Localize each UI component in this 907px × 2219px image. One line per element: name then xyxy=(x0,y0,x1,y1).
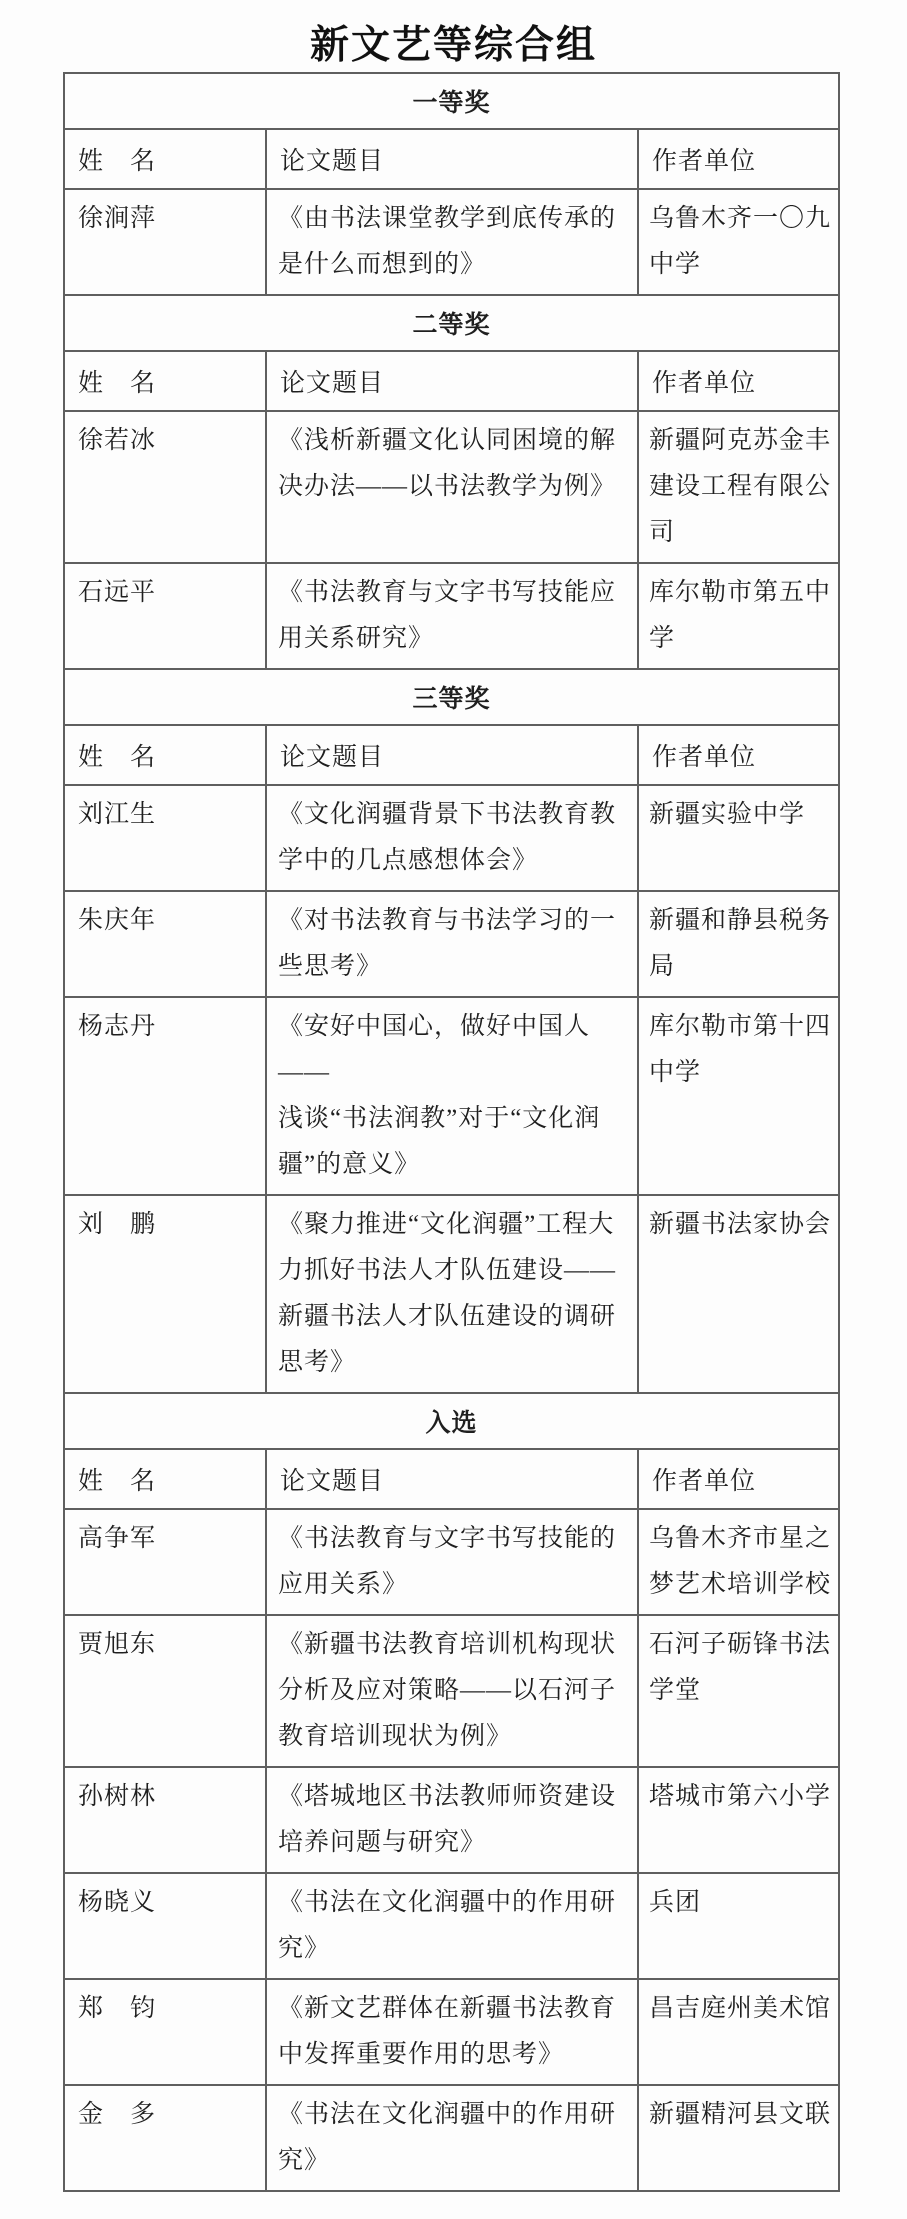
header-cell-unit: 作者单位 xyxy=(638,725,839,785)
section-row-second-prize: 二等奖 xyxy=(64,295,839,351)
table-row: 杨晓义 《书法在文化润疆中的作用研 究》 兵团 xyxy=(64,1873,839,1979)
title-cell: 《书法教育与文字书写技能的 应用关系》 xyxy=(266,1509,638,1615)
header-cell-name: 姓 名 xyxy=(64,129,266,189)
document-page: 新文艺等综合组 一等奖 姓 名 论文题目 作者单位 徐涧萍 《由书法课堂教学到底… xyxy=(0,0,907,2219)
table-row: 贾旭东 《新疆书法教育培训机构现状 分析及应对策略——以石河子 教育培训现状为例… xyxy=(64,1615,839,1767)
table-row: 朱庆年 《对书法教育与书法学习的一 些思考》 新疆和静县税务 局 xyxy=(64,891,839,997)
table-row: 金 多 《书法在文化润疆中的作用研 究》 新疆精河县文联 xyxy=(64,2085,839,2191)
title-cell: 《文化润疆背景下书法教育教 学中的几点感想体会》 xyxy=(266,785,638,891)
header-cell-title: 论文题目 xyxy=(266,351,638,411)
section-label: 入选 xyxy=(64,1393,839,1449)
unit-cell: 新疆和静县税务 局 xyxy=(638,891,839,997)
name-cell: 徐若冰 xyxy=(64,411,266,563)
unit-cell: 乌鲁木齐一〇九 中学 xyxy=(638,189,839,295)
section-label: 二等奖 xyxy=(64,295,839,351)
unit-cell: 新疆书法家协会 xyxy=(638,1195,839,1393)
title-cell: 《聚力推进“文化润疆”工程大 力抓好书法人才队伍建设—— 新疆书法人才队伍建设的… xyxy=(266,1195,638,1393)
title-cell: 《书法在文化润疆中的作用研 究》 xyxy=(266,1873,638,1979)
name-cell: 徐涧萍 xyxy=(64,189,266,295)
title-cell: 《由书法课堂教学到底传承的 是什么而想到的》 xyxy=(266,189,638,295)
name-cell: 杨志丹 xyxy=(64,997,266,1195)
unit-cell: 库尔勒市第十四 中学 xyxy=(638,997,839,1195)
title-cell: 《新文艺群体在新疆书法教育 中发挥重要作用的思考》 xyxy=(266,1979,638,2085)
section-row-selected: 入选 xyxy=(64,1393,839,1449)
title-cell: 《对书法教育与书法学习的一 些思考》 xyxy=(266,891,638,997)
unit-cell: 库尔勒市第五中 学 xyxy=(638,563,839,669)
section-label: 一等奖 xyxy=(64,73,839,129)
header-cell-name: 姓 名 xyxy=(64,725,266,785)
table-row: 孙树林 《塔城地区书法教师师资建设 培养问题与研究》 塔城市第六小学 xyxy=(64,1767,839,1873)
unit-cell: 新疆精河县文联 xyxy=(638,2085,839,2191)
name-cell: 石远平 xyxy=(64,563,266,669)
header-cell-name: 姓 名 xyxy=(64,351,266,411)
name-cell: 金 多 xyxy=(64,2085,266,2191)
title-cell: 《塔城地区书法教师师资建设 培养问题与研究》 xyxy=(266,1767,638,1873)
unit-cell: 新疆阿克苏金丰 建设工程有限公 司 xyxy=(638,411,839,563)
header-cell-unit: 作者单位 xyxy=(638,1449,839,1509)
unit-cell: 塔城市第六小学 xyxy=(638,1767,839,1873)
name-cell: 刘江生 xyxy=(64,785,266,891)
header-cell-title: 论文题目 xyxy=(266,725,638,785)
title-cell: 《书法教育与文字书写技能应 用关系研究》 xyxy=(266,563,638,669)
title-cell: 《新疆书法教育培训机构现状 分析及应对策略——以石河子 教育培训现状为例》 xyxy=(266,1615,638,1767)
header-cell-unit: 作者单位 xyxy=(638,129,839,189)
unit-cell: 兵团 xyxy=(638,1873,839,1979)
name-cell: 刘 鹏 xyxy=(64,1195,266,1393)
header-cell-name: 姓 名 xyxy=(64,1449,266,1509)
table-row: 徐涧萍 《由书法课堂教学到底传承的 是什么而想到的》 乌鲁木齐一〇九 中学 xyxy=(64,189,839,295)
table-row: 杨志丹 《安好中国心，做好中国人—— 浅谈“书法润教”对于“文化润 疆”的意义》… xyxy=(64,997,839,1195)
unit-cell: 新疆实验中学 xyxy=(638,785,839,891)
table-row: 郑 钧 《新文艺群体在新疆书法教育 中发挥重要作用的思考》 昌吉庭州美术馆 xyxy=(64,1979,839,2085)
name-cell: 孙树林 xyxy=(64,1767,266,1873)
table-row: 徐若冰 《浅析新疆文化认同困境的解 决办法——以书法教学为例》 新疆阿克苏金丰 … xyxy=(64,411,839,563)
column-header-row: 姓 名 论文题目 作者单位 xyxy=(64,725,839,785)
section-row-first-prize: 一等奖 xyxy=(64,73,839,129)
table-row: 刘 鹏 《聚力推进“文化润疆”工程大 力抓好书法人才队伍建设—— 新疆书法人才队… xyxy=(64,1195,839,1393)
name-cell: 郑 钧 xyxy=(64,1979,266,2085)
header-cell-title: 论文题目 xyxy=(266,1449,638,1509)
table-row: 石远平 《书法教育与文字书写技能应 用关系研究》 库尔勒市第五中 学 xyxy=(64,563,839,669)
name-cell: 杨晓义 xyxy=(64,1873,266,1979)
page-title: 新文艺等综合组 xyxy=(0,0,907,64)
unit-cell: 昌吉庭州美术馆 xyxy=(638,1979,839,2085)
table-row: 高争军 《书法教育与文字书写技能的 应用关系》 乌鲁木齐市星之 梦艺术培训学校 xyxy=(64,1509,839,1615)
header-cell-title: 论文题目 xyxy=(266,129,638,189)
column-header-row: 姓 名 论文题目 作者单位 xyxy=(64,129,839,189)
unit-cell: 石河子砺锋书法 学堂 xyxy=(638,1615,839,1767)
title-cell: 《书法在文化润疆中的作用研 究》 xyxy=(266,2085,638,2191)
column-header-row: 姓 名 论文题目 作者单位 xyxy=(64,351,839,411)
title-cell: 《浅析新疆文化认同困境的解 决办法——以书法教学为例》 xyxy=(266,411,638,563)
section-label: 三等奖 xyxy=(64,669,839,725)
column-header-row: 姓 名 论文题目 作者单位 xyxy=(64,1449,839,1509)
header-cell-unit: 作者单位 xyxy=(638,351,839,411)
name-cell: 高争军 xyxy=(64,1509,266,1615)
award-table: 一等奖 姓 名 论文题目 作者单位 徐涧萍 《由书法课堂教学到底传承的 是什么而… xyxy=(63,72,840,2192)
name-cell: 朱庆年 xyxy=(64,891,266,997)
title-cell: 《安好中国心，做好中国人—— 浅谈“书法润教”对于“文化润 疆”的意义》 xyxy=(266,997,638,1195)
section-row-third-prize: 三等奖 xyxy=(64,669,839,725)
name-cell: 贾旭东 xyxy=(64,1615,266,1767)
unit-cell: 乌鲁木齐市星之 梦艺术培训学校 xyxy=(638,1509,839,1615)
table-row: 刘江生 《文化润疆背景下书法教育教 学中的几点感想体会》 新疆实验中学 xyxy=(64,785,839,891)
